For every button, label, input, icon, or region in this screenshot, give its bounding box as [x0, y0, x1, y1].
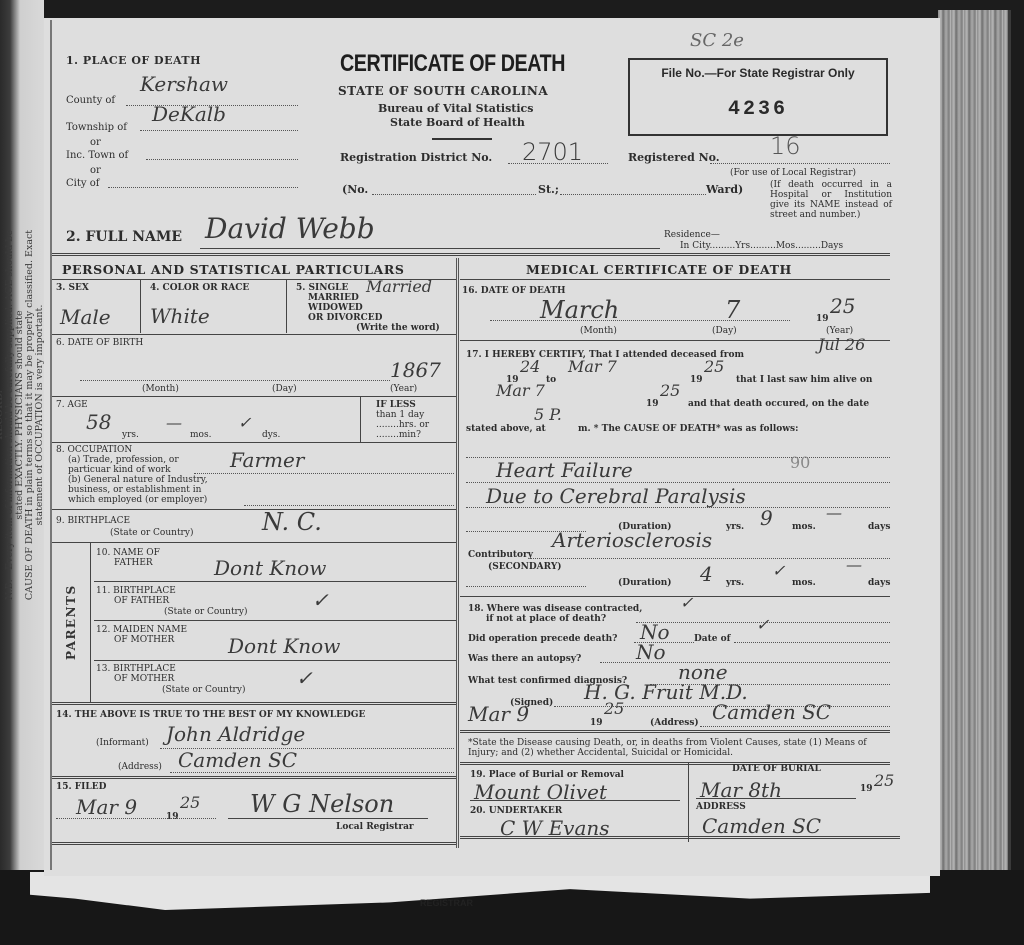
medical-section-title: MEDICAL CERTIFICATE OF DEATH	[526, 262, 792, 277]
or-1: or	[90, 137, 101, 148]
medical-title-rule	[460, 279, 890, 280]
dob-month-label: (Month)	[142, 384, 179, 394]
burial-date-label: DATE OF BURIAL	[732, 764, 821, 774]
registered-no-label: Registered No.	[628, 152, 720, 163]
mother-bp-value: ✓	[296, 666, 313, 690]
row-rule-6	[94, 581, 456, 582]
duration2-label: (Duration)	[618, 578, 672, 588]
father-name-value: Dont Know	[214, 556, 326, 580]
burial-place-line	[470, 800, 680, 801]
mother-name-label-2: OF MOTHER	[114, 635, 174, 645]
residence-label: Residence—	[664, 230, 720, 240]
sex-divider	[140, 279, 141, 333]
operation-label: Did operation precede death?	[468, 634, 617, 644]
duration2-lead-line	[466, 586, 586, 587]
or-2: or	[90, 165, 101, 176]
filed-year-prefix: 19	[166, 812, 179, 822]
autopsy-value: No	[636, 640, 666, 664]
residence-in-city: In City.........Yrs.........Mos.........…	[680, 241, 843, 251]
local-registrar-note: (For use of Local Registrar)	[730, 168, 856, 178]
age-mos-label: mos.	[190, 430, 211, 440]
dod-year-prefix: 19	[816, 314, 829, 324]
duration-mos-value: 9	[760, 506, 773, 530]
margin-line-3: CAUSE OF DEATH in plain terms so that it…	[25, 215, 45, 615]
occupation-value: Farmer	[230, 448, 304, 472]
sex-label: 3. SEX	[56, 283, 89, 293]
frame-left	[50, 20, 52, 870]
row-rule-10	[52, 776, 456, 779]
duration2-yrs-value: 4	[700, 562, 713, 586]
undertaker-address-label: ADDRESS	[696, 802, 746, 812]
autopsy-label: Was there an autopsy?	[468, 654, 581, 664]
row-rule-2	[52, 396, 456, 397]
age-mos-value: —	[166, 418, 182, 428]
medical-rule-4	[460, 762, 890, 765]
sex-value: Male	[60, 305, 111, 329]
row-rule-4	[52, 509, 456, 510]
birthplace-sub: (State or Country)	[110, 528, 193, 538]
dob-year-label: (Year)	[390, 384, 417, 394]
margin-line-2: N.B.—Every item of information should be…	[5, 215, 25, 615]
signed-date: Mar 9	[468, 702, 529, 726]
full-name-value: David Webb	[205, 212, 375, 245]
mother-bp-label-1: 13. BIRTHPLACE	[96, 664, 176, 674]
burial-divider	[688, 762, 689, 842]
medical-address-label: (Address)	[650, 718, 699, 728]
father-bp-value: ✓	[312, 588, 329, 612]
attended-from: Jul 26	[818, 340, 865, 350]
undertaker-label: 20. UNDERTAKER	[470, 806, 562, 816]
no-line	[372, 194, 536, 195]
dod-line	[490, 320, 790, 321]
registrar-tab: REGISTRAR	[420, 898, 473, 908]
if-less-2: than 1 day	[376, 410, 424, 420]
left-bottom-rule	[52, 842, 456, 845]
board-name: State Board of Health	[390, 117, 525, 128]
place-of-death-label: 1. PLACE OF DEATH	[66, 55, 201, 66]
duration-yrs-label: yrs.	[726, 522, 744, 532]
last-saw-year: 25	[660, 386, 680, 396]
knowledge-label: 14. THE ABOVE IS TRUE TO THE BEST OF MY …	[56, 710, 365, 720]
date-of-line	[734, 642, 890, 643]
registered-no-line	[710, 163, 890, 164]
signed-year: 25	[604, 704, 624, 714]
hospital-note: (If death occurred in a Hospital or Inst…	[770, 180, 892, 220]
title-rule	[432, 138, 492, 140]
death-occurred-text: and that death occured, on the date	[688, 399, 869, 409]
burial-date-line	[696, 798, 856, 799]
race-label: 4. COLOR OR RACE	[150, 283, 249, 293]
attended-to: Mar 7	[568, 362, 617, 372]
certificate-title: CERTIFICATE OF DEATH	[340, 50, 565, 78]
q18-value: ✓	[680, 598, 693, 608]
date-of-label: Date of	[694, 634, 731, 644]
marital-label-1: 5. SINGLE	[296, 283, 348, 293]
row-rule-1	[52, 334, 456, 335]
city-line	[108, 187, 298, 188]
last-saw-year-prefix: 19	[646, 399, 659, 409]
from-year: 24	[520, 362, 540, 372]
dob-year-value: 1867	[390, 358, 441, 382]
cause-label: m. * The CAUSE OF DEATH* was as follows:	[578, 424, 798, 434]
county-label: County of	[66, 95, 115, 106]
dob-day-label: (Day)	[272, 384, 297, 394]
occupation-b-line	[244, 505, 454, 506]
duration-days-label: days	[868, 522, 890, 532]
to-label: to	[546, 375, 556, 385]
marital-value: Married	[366, 282, 432, 292]
medical-address-line	[700, 726, 890, 727]
row-rule-5	[52, 542, 456, 543]
informant-label: (Informant)	[96, 738, 149, 748]
file-number: 4236	[630, 98, 886, 121]
burial-year-prefix: 19	[860, 784, 873, 794]
marital-note: (Write the word)	[356, 323, 440, 333]
cause-line-1-value: Heart Failure	[496, 458, 633, 482]
mother-name-label-1: 12. MAIDEN NAME	[96, 625, 187, 635]
medical-rule-3	[460, 730, 890, 733]
filed-line	[56, 818, 216, 819]
occupation-b3: which employed (or employer)	[68, 495, 207, 505]
father-bp-label-2: OF FATHER	[114, 596, 169, 606]
local-registrar-label: Local Registrar	[336, 822, 414, 832]
occupation-a-line	[194, 473, 454, 474]
last-saw-date: Mar 7	[496, 386, 545, 396]
dob-line	[80, 380, 390, 381]
q18-line-2: if not at place of death?	[486, 614, 606, 624]
age-yrs-label: yrs.	[122, 430, 139, 440]
age-dys-value: ✓	[238, 418, 251, 428]
dod-year: 25	[830, 294, 855, 318]
row-rule-8	[94, 660, 456, 661]
age-years: 58	[86, 410, 111, 434]
father-bp-sub: (State or Country)	[164, 607, 247, 617]
county-value: Kershaw	[140, 72, 228, 96]
age-label: 7. AGE	[56, 400, 88, 410]
duration-mos-label: mos.	[792, 522, 816, 532]
contributory-line	[530, 558, 890, 559]
bureau-name: Bureau of Vital Statistics	[378, 103, 533, 114]
dod-label: 16. DATE OF DEATH	[462, 286, 566, 296]
last-saw-text: that I last saw him alive on	[736, 375, 872, 385]
file-number-box: File No.—For State Registrar Only 4236	[628, 58, 888, 136]
to-year: 25	[704, 362, 724, 372]
if-less-3: ........hrs. or	[376, 420, 429, 430]
father-name-label-2: FATHER	[114, 558, 153, 568]
full-name-underline	[200, 248, 660, 249]
occupation-label: 8. OCCUPATION	[56, 445, 132, 455]
race-value: White	[150, 304, 210, 328]
duration2-mos-label: mos.	[792, 578, 816, 588]
dob-label: 6. DATE OF BIRTH	[56, 338, 143, 348]
informant-address-line	[170, 772, 454, 773]
row-rule-9	[52, 702, 456, 705]
st-label: St.;	[538, 184, 559, 195]
medical-rule-2	[460, 596, 890, 597]
township-label: Township of	[66, 122, 127, 133]
file-box-label: File No.—For State Registrar Only	[630, 66, 886, 80]
registered-no-value: 16	[770, 132, 801, 160]
q18-line-1: 18. Where was disease contracted,	[468, 604, 642, 614]
burial-year: 25	[874, 776, 894, 786]
ward-label: Ward)	[706, 184, 743, 195]
informant-value: John Aldridge	[166, 722, 305, 746]
cause-footnote: *State the Disease causing Death, or, in…	[468, 738, 892, 758]
dod-month-label: (Month)	[580, 326, 617, 336]
occupation-b2: business, or establishment in	[68, 485, 201, 495]
township-value: DeKalb	[152, 102, 226, 126]
mother-name-value: Dont Know	[228, 634, 340, 658]
filed-value: Mar 9	[76, 795, 137, 819]
parents-divider	[90, 542, 91, 702]
contributory-label: Contributory	[468, 550, 533, 560]
marital-label-4: OR DIVORCED	[308, 313, 382, 323]
time-value: 5 P.	[534, 410, 562, 420]
contributory-value: Arteriosclerosis	[552, 528, 712, 552]
medical-address-value: Camden SC	[712, 700, 831, 724]
book-page-edges	[938, 10, 1011, 890]
row-rule-7	[94, 620, 456, 621]
occupation-b: (b) General nature of Industry,	[68, 475, 208, 485]
no-label: (No.	[342, 184, 368, 195]
registrar-signature: W G Nelson	[250, 790, 394, 818]
cause-line-2-value: Due to Cerebral Paralysis	[486, 484, 746, 508]
informant-address-value: Camden SC	[178, 748, 297, 772]
undertaker-address-value: Camden SC	[702, 814, 821, 838]
informant-address-label: (Address)	[118, 762, 162, 772]
duration-days-value: —	[826, 508, 842, 518]
top-annotation: SC 2e	[690, 30, 744, 51]
birthplace-value: N. C.	[262, 508, 322, 536]
secondary-label: (SECONDARY)	[488, 562, 562, 572]
duration2-days-value: —	[846, 560, 862, 570]
book-left-margin: WRITE PLAINLY WITH UNFADING BLACK INK—TH…	[0, 0, 44, 900]
if-less-4: ........min?	[376, 430, 421, 440]
age-divider	[360, 396, 361, 442]
filed-year-value: 25	[180, 798, 200, 808]
full-name-label: 2. FULL NAME	[66, 232, 182, 243]
stated-above-text: stated above, at	[466, 424, 546, 434]
reg-district-value: 2701	[522, 138, 583, 166]
duration2-mos-value: ✓	[772, 566, 785, 576]
signed-year-prefix: 19	[590, 718, 603, 728]
marital-label-3: WIDOWED	[308, 303, 363, 313]
to-year-prefix: 19	[690, 375, 703, 385]
filed-label: 15. FILED	[56, 782, 106, 792]
duration2-yrs-label: yrs.	[726, 578, 744, 588]
medical-bottom-rule	[460, 836, 900, 839]
full-name-rule	[52, 253, 890, 256]
st-line	[560, 194, 706, 195]
dod-day-label: (Day)	[712, 326, 737, 336]
father-name-label-1: 10. NAME OF	[96, 548, 160, 558]
birthplace-label: 9. BIRTHPLACE	[56, 516, 130, 526]
race-divider	[286, 279, 287, 333]
cause-line-2	[466, 482, 890, 483]
registrar-line	[228, 818, 428, 819]
township-line	[140, 130, 298, 131]
center-divider	[456, 258, 459, 848]
occupation-a2: particuar kind of work	[68, 465, 171, 475]
mother-bp-label-2: OF MOTHER	[114, 674, 174, 684]
parents-label: PARENTS	[64, 540, 78, 660]
duration2-days-label: days	[868, 578, 890, 588]
row-rule-3	[52, 442, 456, 443]
reg-district-label: Registration District No.	[340, 152, 492, 163]
age-dys-label: dys.	[262, 430, 280, 440]
occupation-a: (a) Trade, profession, or	[68, 455, 179, 465]
inc-town-line	[146, 159, 298, 160]
city-label: City of	[66, 178, 99, 189]
if-less-1: IF LESS	[376, 400, 416, 410]
burial-place-label: 19. Place of Burial or Removal	[470, 770, 624, 780]
date-of-value: ✓	[756, 620, 769, 630]
mother-bp-sub: (State or Country)	[162, 685, 245, 695]
marital-label-2: MARRIED	[308, 293, 359, 303]
state-name: STATE OF SOUTH CAROLINA	[338, 86, 548, 97]
cause-code: 90	[790, 458, 810, 468]
personal-section-title: PERSONAL AND STATISTICAL PARTICULARS	[62, 262, 404, 277]
father-bp-label-1: 11. BIRTHPLACE	[96, 586, 176, 596]
inc-town-label: Inc. Town of	[66, 150, 128, 161]
